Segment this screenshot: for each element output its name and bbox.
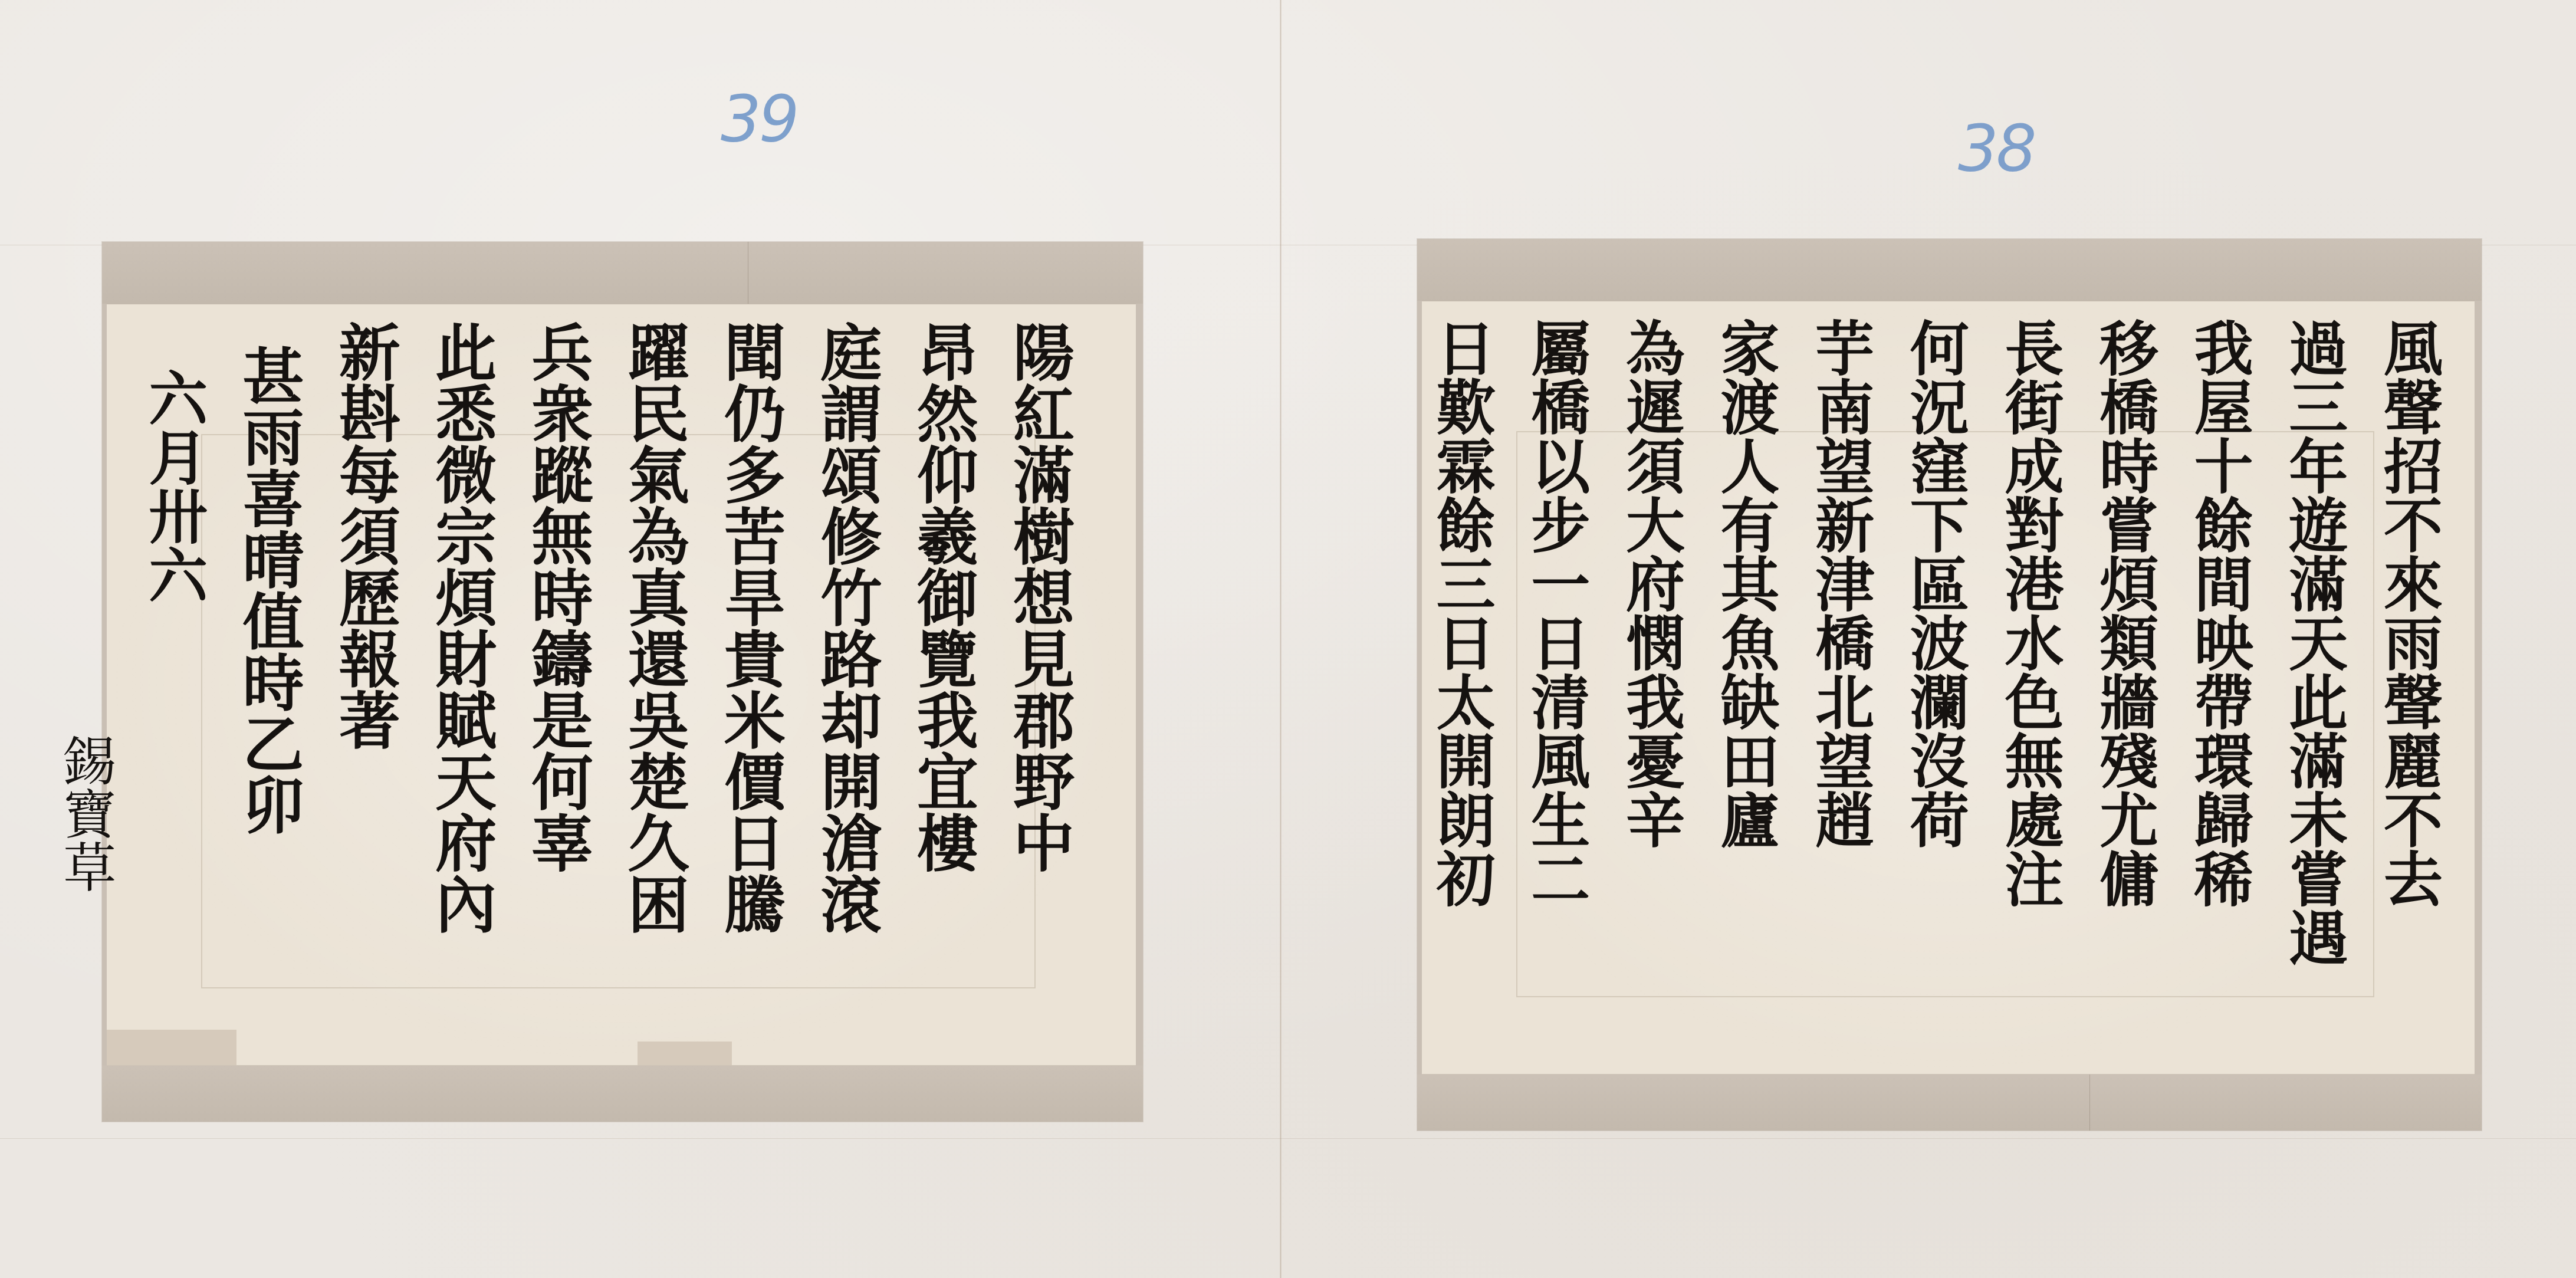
text-columns: 風聲招不來雨聲麗不去 過三年遊滿天此滿未嘗遇 我屋十餘間映帶環歸稀 移橋時嘗煩類…: [1422, 318, 2475, 1062]
top-mount-strip: [1417, 239, 2482, 301]
text-column: 兵衆蹤無時鑄是何辜: [521, 321, 601, 1058]
text-column: 何況窪下區波瀾沒荷: [1895, 318, 1977, 1085]
date-column: 六月卅六: [139, 368, 216, 675]
bottom-mount-strip: [102, 1066, 1143, 1122]
text-column: 日歎霖餘三日太開朗初: [1422, 318, 1504, 1085]
mount-seam: [2089, 1075, 2090, 1131]
text-column: 長街成對港水色無處注: [1990, 318, 2072, 1085]
text-column: 新斟每須歷報著: [329, 321, 409, 970]
page-number-right: 38: [1958, 112, 2034, 186]
page-number-left: 39: [721, 83, 797, 156]
mount-seam: [748, 242, 748, 304]
right-calligraphy-leaf: 風聲招不來雨聲麗不去 過三年遊滿天此滿未嘗遇 我屋十餘間映帶環歸稀 移橋時嘗煩類…: [1417, 239, 2482, 1131]
text-column: 陽紅滿樹想見郡野中: [1003, 321, 1083, 1058]
text-column: 芋南望新津橋北望趙: [1801, 318, 1883, 1085]
text-column: 躍民氣為真還吳楚久困: [617, 321, 697, 1058]
center-fold: [1280, 0, 1282, 1278]
text-column: 此悉微宗煩財賦天府內: [425, 321, 505, 1058]
text-column: 家渡人有其魚缺田廬: [1706, 318, 1788, 1085]
text-column: 我屋十餘間映帶環歸稀: [2180, 318, 2262, 1085]
mount-crease: [0, 1138, 2576, 1139]
text-column: 移橋時嘗煩類牆殘尤傭: [2085, 318, 2167, 1085]
text-column: 聞仍多苦旱貴米價日騰: [714, 321, 794, 1058]
signature-column: 錫寶草: [54, 734, 123, 981]
text-column: 昂然仰羲御覽我宜樓: [906, 321, 986, 1058]
album-spread: 39 38 陽紅滿樹想見郡野中 昂然仰羲御覽我宜樓 庭謂頌修竹路却開滄滾 聞仍多…: [0, 0, 2576, 1278]
bottom-mount-strip: [1417, 1075, 2482, 1131]
text-columns: 陽紅滿樹想見郡野中 昂然仰羲御覽我宜樓 庭謂頌修竹路却開滄滾 聞仍多苦旱貴米價日…: [107, 321, 1136, 1053]
text-column: 風聲招不來雨聲麗不去: [2369, 318, 2451, 1085]
text-column: 為遲須大府憫我憂辛: [1611, 318, 1693, 1085]
left-calligraphy-leaf: 陽紅滿樹想見郡野中 昂然仰羲御覽我宜樓 庭謂頌修竹路却開滄滾 聞仍多苦旱貴米價日…: [102, 242, 1143, 1122]
right-paper: 風聲招不來雨聲麗不去 過三年遊滿天此滿未嘗遇 我屋十餘間映帶環歸稀 移橋時嘗煩類…: [1422, 301, 2475, 1075]
text-column: 過三年遊滿天此滿未嘗遇: [2275, 318, 2357, 1085]
left-paper: 陽紅滿樹想見郡野中 昂然仰羲御覽我宜樓 庭謂頌修竹路却開滄滾 聞仍多苦旱貴米價日…: [107, 304, 1136, 1066]
top-mount-strip: [102, 242, 1143, 304]
text-column: 屬橋以步一日清風生二: [1517, 318, 1599, 1085]
text-column: 甚雨喜晴值時乙卯: [232, 344, 312, 993]
text-column: 庭謂頌修竹路却開滄滾: [810, 321, 890, 1058]
